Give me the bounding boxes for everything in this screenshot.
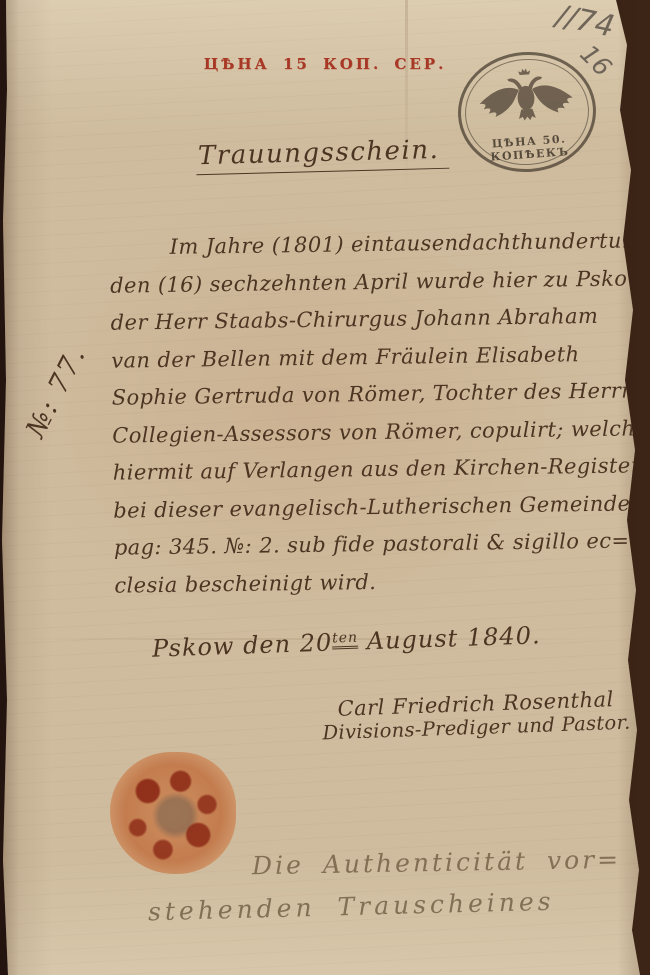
- photo-background: ЦѢНА 15 КОП. СЕР.: [0, 0, 650, 975]
- document-page: ЦѢНА 15 КОП. СЕР.: [0, 0, 650, 975]
- wax-seal: [110, 752, 236, 874]
- dateline-prefix: Pskow den 20: [152, 629, 333, 663]
- dateline-suffix: August 1840.: [358, 621, 541, 655]
- footnote-line: stehenden Trauscheines: [148, 887, 555, 927]
- body-text: Im Jahre (1801) eintausendachthundertund…: [109, 222, 642, 604]
- document-title: Trauungsschein.: [196, 135, 450, 176]
- revenue-stamp-text: ЦѢНА 15 КОП. СЕР.: [170, 55, 480, 73]
- dateline-ordinal-superscript: ten: [332, 630, 359, 650]
- body-line: pag: 345. №: 2. sub fide pastorali & sig…: [114, 522, 642, 567]
- signature-block: Carl Friedrich Rosenthal Divisions-Predi…: [321, 687, 631, 745]
- footnote-line: Die Authenticität vor=: [252, 845, 621, 880]
- body-line: clesia bescheinigt wird.: [114, 560, 642, 605]
- pencil-mark: //74: [553, 0, 617, 45]
- margin-number: №: 77.: [20, 341, 92, 443]
- dateline: Pskow den 20ten August 1840.: [152, 621, 541, 663]
- double-headed-eagle-icon: [468, 63, 584, 135]
